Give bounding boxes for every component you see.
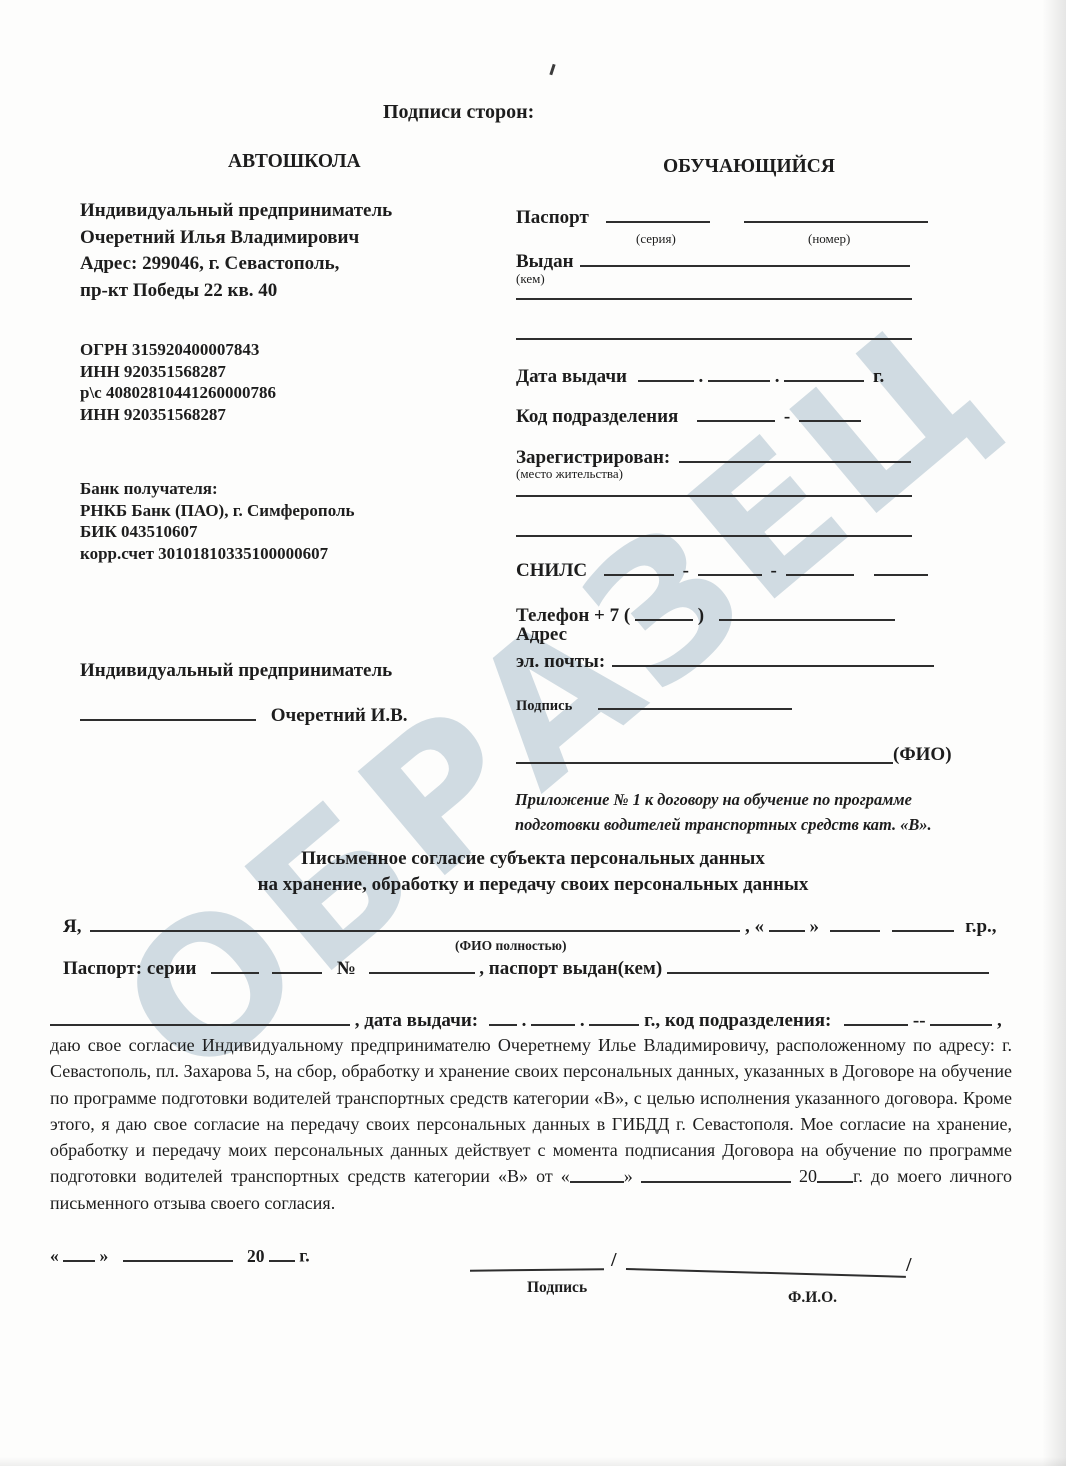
series-blank-1 (211, 954, 259, 974)
snils-blank-4 (874, 556, 928, 576)
snils-row: СНИЛС - - (516, 556, 928, 582)
contract-close-quote: » (624, 1167, 633, 1187)
residence-extra-line-1 (516, 495, 912, 497)
signature-blank (598, 694, 792, 710)
issue-date-row: Дата выдачи . . г. (516, 362, 884, 388)
scan-edge-shadow-bottom (0, 1457, 1066, 1466)
contract-year-prefix: 20 (799, 1167, 817, 1187)
year-suffix: г. (873, 366, 884, 387)
email-label-line2: эл. почты: (516, 651, 605, 672)
footer-year-prefix: 20 (247, 1246, 265, 1266)
issued-by-extra-line-1 (516, 298, 912, 300)
school-sign-title: Индивидуальный предприниматель (80, 660, 392, 682)
school-ogrn: ОГРН 315920400007843 (80, 339, 276, 361)
footer-slash-2: / (906, 1254, 912, 1277)
phone-row: Телефон + 7 ( ) (516, 601, 895, 627)
contract-day-blank (570, 1163, 624, 1182)
snils-blank-2 (698, 556, 762, 576)
school-info-block: Индивидуальный предприниматель Очеретний… (80, 198, 392, 304)
footer-year-blank (269, 1243, 295, 1262)
snils-blank-1 (604, 556, 674, 576)
bank-bik: БИК 043510607 (80, 521, 355, 543)
birth-month-blank (830, 912, 880, 932)
birth-day-blank (769, 912, 805, 932)
issue-year-blank (784, 362, 864, 382)
consent-double-dash: -- (913, 1010, 926, 1031)
passport-series-label: (серия) (636, 231, 676, 247)
snils-label: СНИЛС (516, 560, 587, 581)
full-name-blank (90, 912, 740, 932)
school-bank-block: Банк получателя: РНКБ Банк (ПАО), г. Сим… (80, 478, 355, 564)
school-account: р\с 40802810441260000786 (80, 382, 276, 404)
email-blank (612, 647, 934, 667)
footer-slash-1: / (611, 1249, 617, 1272)
student-heading: ОБУЧАЮЩИЙСЯ (663, 156, 835, 178)
school-info-line: Индивидуальный предприниматель (80, 198, 392, 225)
consent-body-paragraph: даю свое согласие Индивидуальному предпр… (50, 1032, 1012, 1216)
email-row: эл. почты: (516, 647, 934, 673)
birth-year-blank (892, 912, 954, 932)
issue-date-label: Дата выдачи (516, 366, 627, 387)
issued-by-blank (580, 247, 910, 267)
issued-by-extra-line-2 (516, 338, 912, 340)
student-passport-row: Паспорт (516, 203, 928, 229)
consent-passport-label: Паспорт: серии (63, 958, 196, 979)
footer-fio-label: Ф.И.О. (788, 1289, 837, 1307)
phone-paren: ) (698, 605, 704, 626)
series-blank-2 (272, 954, 322, 974)
issued-by-label: , паспорт выдан(кем) (479, 958, 662, 979)
student-fio-blank (516, 762, 893, 764)
consent-code-blank-2 (930, 1006, 992, 1026)
school-signature-blank (80, 701, 256, 721)
appendix-note: Приложение № 1 к договору на обучение по… (515, 787, 932, 837)
scan-edge-shadow-right (1042, 0, 1066, 1466)
snils-dash: - (771, 560, 777, 581)
snils-blank-3 (786, 556, 854, 576)
division-code-label: Код подразделения (516, 406, 678, 427)
comma-open-quote: , « (745, 916, 764, 937)
consent-body-text-1: даю свое согласие Индивидуальному предпр… (50, 1035, 1012, 1187)
consent-issue-date-row: , дата выдачи: . . г., код подразделения… (50, 1006, 1002, 1032)
consent-dot: . (580, 1010, 585, 1031)
issue-day-blank (638, 362, 694, 382)
registered-label: Зарегистрирован: (516, 447, 670, 468)
contract-month-blank (641, 1163, 791, 1182)
consent-dot: . (522, 1010, 527, 1031)
consent-code-label: г., код подразделения: (644, 1010, 831, 1031)
snils-dash: - (683, 560, 689, 581)
residence-sublabel: (место жительства) (516, 466, 623, 482)
footer-date-row: « » 20 г. (50, 1243, 310, 1267)
date-dot: . (699, 366, 704, 387)
division-code-blank-1 (697, 402, 775, 422)
consent-passport-row: Паспорт: серии № , паспорт выдан(кем) (63, 954, 989, 980)
number-blank (369, 954, 475, 974)
close-quote: » (809, 916, 819, 937)
bank-name: РНКБ Банк (ПАО), г. Симферополь (80, 500, 355, 522)
footer-month-blank (123, 1243, 233, 1262)
school-sign-name: Очеретний И.В. (271, 705, 408, 726)
issued-label: Выдан (516, 251, 574, 272)
code-dash: - (784, 406, 790, 427)
student-fio-label: (ФИО) (893, 744, 952, 766)
passport-label: Паспорт (516, 207, 589, 228)
footer-open-quote: « (50, 1246, 59, 1266)
school-info-line: Адрес: 299046, г. Севастополь, (80, 251, 392, 278)
consent-title-line1: Письменное согласие субъекта персональны… (33, 848, 1033, 870)
division-code-blank-2 (799, 402, 861, 422)
student-issued-row: Выдан (516, 247, 910, 273)
full-name-sublabel: (ФИО полностью) (455, 938, 567, 954)
school-heading: АВТОШКОЛА (228, 151, 361, 173)
date-dot: . (775, 366, 780, 387)
issue-month-blank (708, 362, 770, 382)
footer-year-suffix: г. (299, 1246, 309, 1266)
consent-issue-date-label: , дата выдачи: (355, 1010, 478, 1031)
consent-code-blank-1 (844, 1006, 908, 1026)
passport-number-label: (номер) (808, 231, 850, 247)
number-sign: № (337, 958, 356, 979)
phone-label: Телефон + 7 ( (516, 605, 630, 626)
passport-number-blank (744, 203, 928, 223)
email-label-line1: Адрес (516, 624, 567, 646)
consent-year-blank (589, 1006, 639, 1026)
residence-extra-line-2 (516, 535, 912, 537)
consent-name-row: Я, , « » г.р., (63, 912, 997, 938)
scan-artifact-mark (549, 64, 555, 75)
footer-close-quote: » (100, 1246, 109, 1266)
consent-comma: , (997, 1010, 1002, 1031)
phone-code-blank (635, 601, 693, 621)
student-signature-row: Подпись (516, 694, 792, 715)
bank-corr-account: корр.счет 30101810335100000607 (80, 543, 355, 565)
issued-by-sublabel: (кем) (516, 271, 545, 287)
footer-signature-blank (470, 1268, 604, 1271)
birth-suffix: г.р., (965, 916, 996, 937)
appendix-line-1: Приложение № 1 к договору на обучение по… (515, 787, 932, 812)
school-info-line: пр-кт Победы 22 кв. 40 (80, 278, 392, 305)
scanned-document: ОБРАЗЕЦ Подписи сторон: АВТОШКОЛА ОБУЧАЮ… (0, 0, 1066, 1466)
contract-year-blank (817, 1163, 853, 1182)
phone-number-blank (719, 601, 895, 621)
footer-signature-label: Подпись (527, 1279, 587, 1297)
consent-month-blank (531, 1006, 575, 1026)
school-info-line: Очеретний Илья Владимирович (80, 225, 392, 252)
appendix-line-2: подготовки водителей транспортных средст… (515, 812, 932, 837)
consent-title-line2: на хранение, обработку и передачу своих … (33, 874, 1033, 896)
ya-label: Я, (63, 916, 81, 937)
bank-title: Банк получателя: (80, 478, 355, 500)
footer-day-blank (63, 1243, 95, 1262)
issued-by-blank-consent (667, 954, 989, 974)
passport-series-blank (606, 203, 710, 223)
school-inn: ИНН 920351568287 (80, 361, 276, 383)
school-sign-row: Очеретний И.В. (80, 701, 408, 727)
school-inn-2: ИНН 920351568287 (80, 404, 276, 426)
footer-fio-blank (626, 1268, 906, 1278)
division-code-row: Код подразделения - (516, 402, 861, 428)
school-requisites-block: ОГРН 315920400007843 ИНН 920351568287 р\… (80, 339, 276, 425)
registered-blank (679, 443, 911, 463)
page-title: Подписи сторон: (383, 101, 534, 124)
issued-by-continued-blank (50, 1006, 350, 1026)
consent-day-blank (489, 1006, 517, 1026)
signature-label: Подпись (516, 698, 572, 714)
